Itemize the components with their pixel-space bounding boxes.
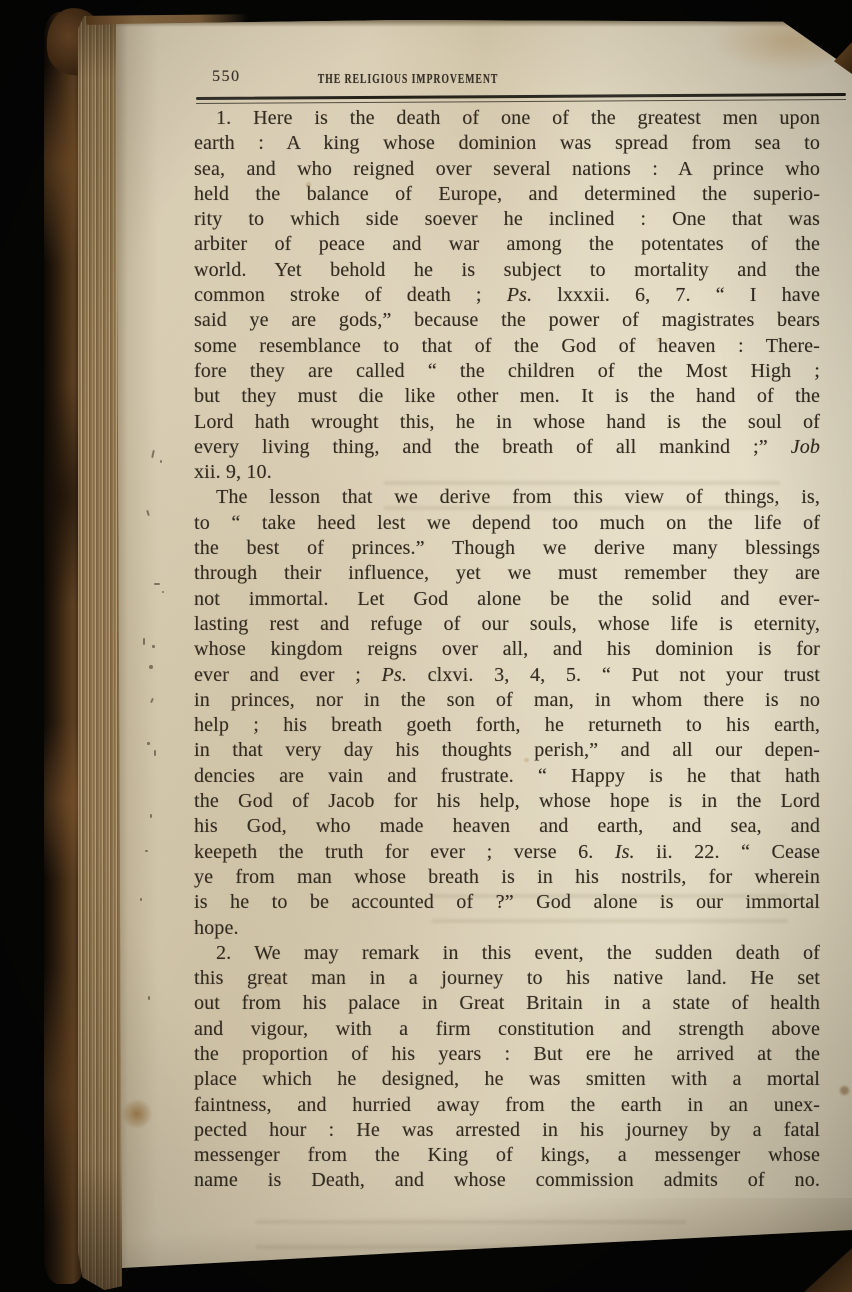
ink-speck — [154, 583, 160, 585]
ink-speck — [150, 698, 154, 703]
header-rule — [196, 93, 846, 104]
foxing-dot — [266, 982, 271, 987]
running-header: THE RELIGIOUS IMPROVEMENT — [318, 71, 499, 87]
foxing-dot — [656, 338, 660, 342]
ink-speck — [160, 460, 162, 463]
book-spine — [44, 12, 82, 1284]
foxing-dot — [524, 758, 529, 762]
ink-speck — [151, 450, 155, 458]
page-edge-stack — [78, 16, 122, 1290]
ink-speck — [152, 645, 155, 648]
ink-speck — [149, 665, 153, 669]
page-text: 1. Here is the death of one of the great… — [194, 106, 820, 1194]
ink-speck — [143, 638, 145, 645]
book-page: 550 THE RELIGIOUS IMPROVEMENT 1. Here is… — [116, 0, 852, 1292]
book-photo: 550 THE RELIGIOUS IMPROVEMENT 1. Here is… — [0, 0, 852, 1292]
ink-speck — [145, 850, 148, 852]
page-number: 550 — [212, 68, 241, 86]
ink-speck — [140, 898, 142, 901]
stain — [122, 1100, 152, 1128]
ink-speck — [154, 750, 156, 756]
stain — [840, 1086, 849, 1095]
page-bottom-shadow — [116, 1198, 852, 1292]
foxing-dot — [306, 182, 311, 187]
cover-edge-bottom-right — [804, 1248, 852, 1292]
ink-speck — [162, 591, 164, 593]
ink-speck — [150, 814, 152, 818]
ink-speck — [147, 742, 150, 745]
foxing-dot — [708, 1152, 712, 1156]
ink-speck — [146, 510, 150, 516]
ink-speck — [148, 996, 150, 1000]
